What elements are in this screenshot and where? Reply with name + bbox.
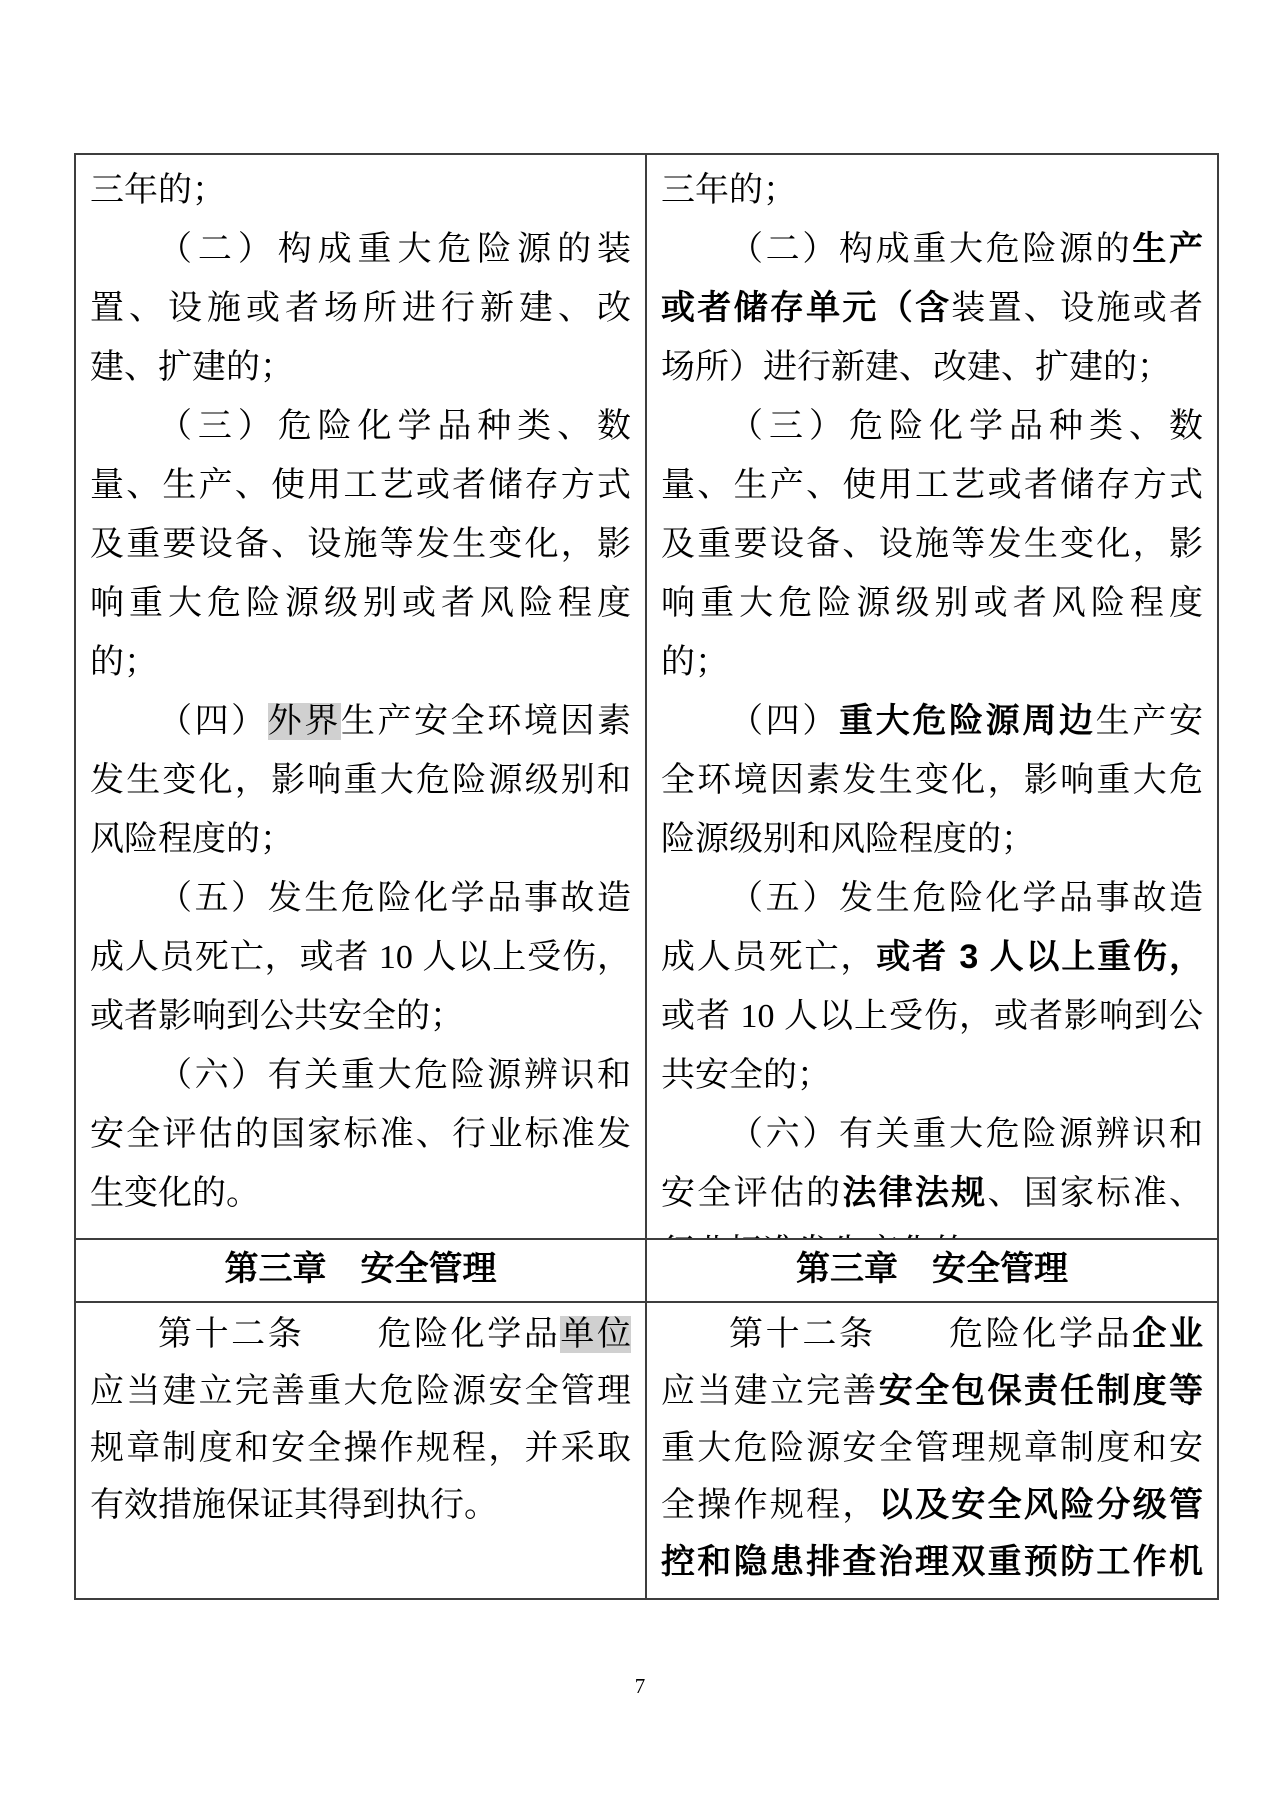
- old-version-provisions-cell: 三年的；（二）构成重大危险源的装置、设施或者场所进行新建、改建、扩建的；（三）危…: [76, 155, 647, 1240]
- page-number: 7: [0, 1672, 1280, 1700]
- text-run: 应当建立完善: [661, 1373, 879, 1410]
- paragraph: （三）危险化学品种类、数量、生产、使用工艺或者储存方式及重要设备、设施等发生变化…: [661, 397, 1203, 692]
- paragraph: 三年的；: [90, 161, 631, 220]
- paragraph: （五）发生危险化学品事故造成人员死亡，或者 3 人以上重伤，或者 10 人以上受…: [661, 869, 1203, 1105]
- text-run: 三年的；: [661, 172, 797, 209]
- text-run: （三）危险化学品种类、数量、生产、使用工艺或者储存方式及重要设备、设施等发生变化…: [661, 408, 1203, 681]
- text-run: 第十二条 危险化学品: [158, 1316, 560, 1353]
- paragraph: （四）外界生产安全环境因素发生变化，影响重大危险源级别和风险程度的；: [90, 692, 631, 869]
- bold-revision-text-run: 或者 3 人以上重伤，: [876, 938, 1203, 976]
- text-run: （二）构成重大危险源的: [729, 231, 1132, 268]
- highlighted-text-run: 外界: [268, 703, 341, 740]
- text-run: （二）构成重大危险源的装置、设施或者场所进行新建、改建、扩建的；: [90, 231, 631, 386]
- chapter-header-old: 第三章 安全管理: [76, 1240, 647, 1303]
- bold-revision-text-run: 企业: [1132, 1315, 1203, 1353]
- text-run: 或者 10 人以上受伤，或者影响到公共安全的；: [661, 998, 1203, 1094]
- text-run: 三年的；: [90, 172, 226, 209]
- paragraph: （四）重大危险源周边生产安全环境因素发生变化，影响重大危险源级别和风险程度的；: [661, 692, 1203, 869]
- text-run: （四）: [158, 703, 268, 740]
- paragraph: 第十二条 危险化学品单位应当建立完善重大危险源安全管理规章制度和安全操作规程，并…: [90, 1306, 631, 1534]
- paragraph: （二）构成重大危险源的装置、设施或者场所进行新建、改建、扩建的；: [90, 220, 631, 397]
- paragraph: 第十二条 危险化学品企业应当建立完善安全包保责任制度等重大危险源安全管理规章制度…: [661, 1306, 1203, 1598]
- text-run: （三）危险化学品种类、数量、生产、使用工艺或者储存方式及重要设备、设施等发生变化…: [90, 408, 631, 681]
- bold-revision-text-run: 法律法规: [842, 1174, 987, 1212]
- paragraph: （六）有关重大危险源辨识和安全评估的国家标准、行业标准发生变化的。: [90, 1046, 631, 1223]
- bold-revision-text-run: 安全包保责任制度等: [879, 1372, 1203, 1410]
- chapter-header-new: 第三章 安全管理: [647, 1240, 1217, 1303]
- text-run: 应当建立完善重大危险源安全管理规章制度和安全操作规程，并采取有效措施保证其得到执…: [90, 1373, 631, 1524]
- text-run: （五）发生危险化学品事故造成人员死亡，或者 10 人以上受伤，或者影响到公共安全…: [90, 880, 631, 1035]
- new-version-provisions-cell: 三年的；（二）构成重大危险源的生产或者储存单元（含装置、设施或者场所）进行新建、…: [647, 155, 1217, 1240]
- paragraph: （三）危险化学品种类、数量、生产、使用工艺或者储存方式及重要设备、设施等发生变化…: [90, 397, 631, 692]
- old-version-article12-cell: 第十二条 危险化学品单位应当建立完善重大危险源安全管理规章制度和安全操作规程，并…: [76, 1303, 647, 1598]
- new-version-article12-cell: 第十二条 危险化学品企业应当建立完善安全包保责任制度等重大危险源安全管理规章制度…: [647, 1303, 1217, 1598]
- paragraph: （二）构成重大危险源的生产或者储存单元（含装置、设施或者场所）进行新建、改建、扩…: [661, 220, 1203, 397]
- text-run: （四）: [729, 703, 839, 740]
- paragraph: （六）有关重大危险源辨识和安全评估的法律法规、国家标准、行业标准发生变化的。: [661, 1105, 1203, 1240]
- paragraph: 三年的；: [661, 161, 1203, 220]
- bold-revision-text-run: 重大危险源周边: [839, 702, 1096, 740]
- text-run: 第十二条 危险化学品: [729, 1316, 1132, 1353]
- paragraph: （五）发生危险化学品事故造成人员死亡，或者 10 人以上受伤，或者影响到公共安全…: [90, 869, 631, 1046]
- highlighted-text-run: 单位: [560, 1316, 631, 1353]
- text-run: （六）有关重大危险源辨识和安全评估的国家标准、行业标准发生变化的。: [90, 1057, 631, 1212]
- comparison-table: 三年的；（二）构成重大危险源的装置、设施或者场所进行新建、改建、扩建的；（三）危…: [74, 153, 1219, 1600]
